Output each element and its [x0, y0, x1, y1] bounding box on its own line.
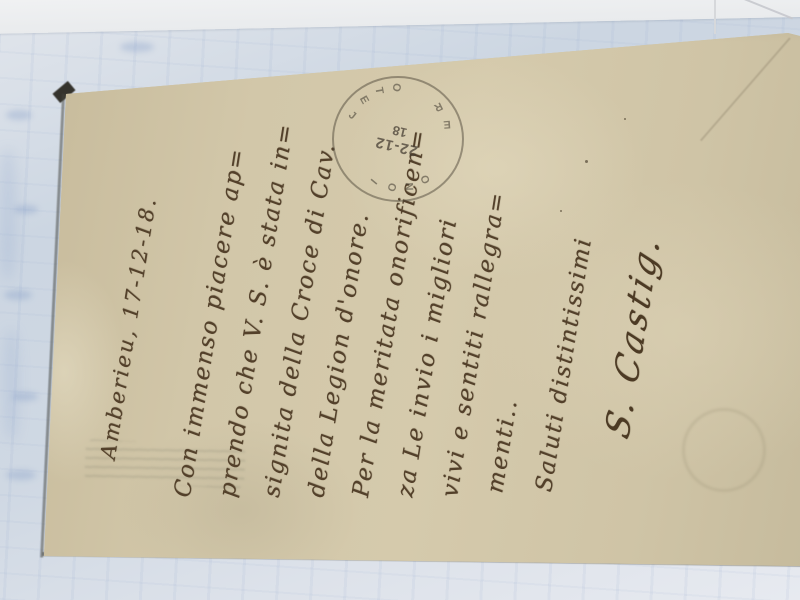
background-top-strip [0, 0, 800, 34]
postcard: Amberieu, 17-12-18. Con immenso piacere … [0, 0, 800, 600]
background-writing-smudge [6, 110, 32, 120]
postmark-date-year: 18 [391, 123, 408, 140]
ink-speckle [585, 160, 588, 163]
postmark-stamp: J E T O R E O N O I 22-12 18 [332, 76, 464, 202]
background-blue-streak [4, 330, 18, 440]
background-writing-smudge [4, 290, 32, 300]
photo-background: Amberieu, 17-12-18. Con immenso piacere … [0, 0, 800, 600]
ink-speckle [624, 118, 626, 120]
background-writing-smudge [14, 205, 38, 214]
background-blue-streak [0, 150, 16, 280]
card-crease [700, 37, 791, 141]
background-writing-smudge [6, 470, 36, 480]
background-writing-smudge [12, 392, 38, 401]
ink-speckle [560, 210, 562, 212]
background-writing-smudge [120, 42, 154, 52]
background-seam-line [714, 0, 716, 34]
ghost-postmark-impression [682, 408, 766, 492]
